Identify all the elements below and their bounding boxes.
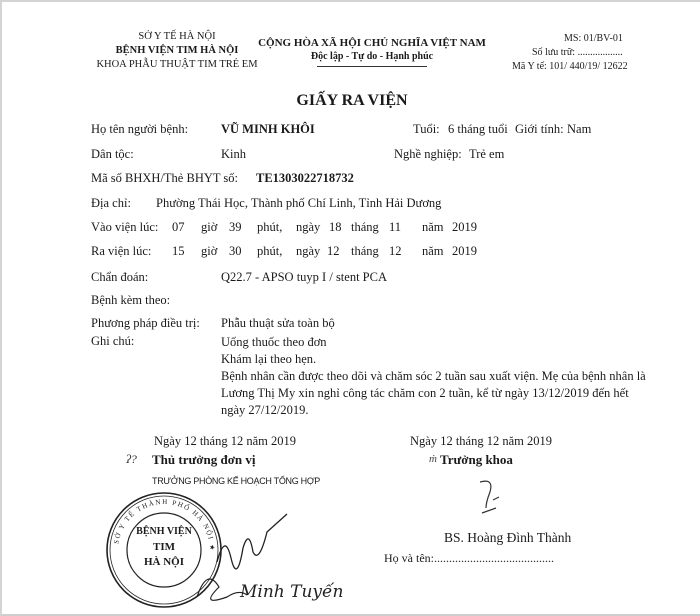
admission-day: 18 bbox=[329, 220, 342, 235]
hospital-name: BỆNH VIỆN TIM HÀ NỘI bbox=[92, 44, 262, 58]
ethnicity-value: Kinh bbox=[221, 147, 246, 162]
discharge-day: 12 bbox=[327, 244, 340, 259]
left-signature-title: Thủ trưởng đơn vị bbox=[152, 452, 255, 468]
notes-label: Ghi chú: bbox=[91, 334, 134, 349]
admission-hour-unit: giờ bbox=[201, 220, 217, 235]
handwritten-mark-icon: ṁ bbox=[429, 453, 437, 465]
patient-name-value: VŨ MINH KHÔI bbox=[221, 122, 315, 137]
gender-value: Nam bbox=[567, 122, 591, 137]
country-name: CỘNG HÒA XÃ HỘI CHỦ NGHĨA VIỆT NAM bbox=[257, 36, 487, 50]
discharge-minute-unit: phút, bbox=[257, 244, 282, 259]
discharge-month-label: tháng bbox=[351, 244, 379, 259]
department-name: KHOA PHẪU THUẬT TIM TRẺ EM bbox=[92, 58, 262, 72]
discharge-month: 12 bbox=[389, 244, 402, 259]
admission-month-label: tháng bbox=[351, 220, 379, 235]
stamp-caption: TRƯỞNG PHÒNG KẾ HOẠCH TỔNG HỢP bbox=[152, 476, 320, 486]
diagnosis-label: Chẩn đoán: bbox=[91, 270, 148, 285]
admission-year-label: năm bbox=[422, 220, 444, 235]
discharge-label: Ra viện lúc: bbox=[91, 244, 151, 259]
discharge-year-label: năm bbox=[422, 244, 444, 259]
note-item: Khám lại theo hẹn. bbox=[221, 351, 661, 368]
comorbidity-label: Bệnh kèm theo: bbox=[91, 293, 170, 308]
department-of-health: SỞ Y TẾ HÀ NỘI bbox=[92, 30, 262, 44]
diagnosis-value: Q22.7 - APSO tuyp I / stent PCA bbox=[221, 270, 387, 285]
right-signature-date: Ngày 12 tháng 12 năm 2019 bbox=[410, 434, 552, 449]
form-code: MS: 01/BV-01 bbox=[512, 32, 692, 46]
treatment-value: Phẫu thuật sửa toàn bộ bbox=[221, 316, 335, 331]
right-signer-name: BS. Hoàng Đình Thành bbox=[444, 530, 571, 546]
signature-scribble-icon bbox=[477, 478, 517, 518]
occupation-value: Trẻ em bbox=[469, 147, 504, 162]
insurance-value: TE1303022718732 bbox=[256, 171, 354, 186]
discharge-year: 2019 bbox=[452, 244, 477, 259]
occupation-label: Nghề nghiệp: bbox=[394, 147, 462, 162]
header-left-block: SỞ Y TẾ HÀ NỘI BỆNH VIỆN TIM HÀ NỘI KHOA… bbox=[92, 30, 262, 72]
handwritten-name: Minh Tuyến bbox=[240, 582, 343, 602]
handwritten-mark-icon: ʔ? bbox=[126, 452, 137, 467]
age-label: Tuổi: bbox=[413, 122, 440, 137]
insurance-label: Mã số BHXH/Thẻ BHYT số: bbox=[91, 171, 238, 186]
discharge-day-label: ngày bbox=[296, 244, 320, 259]
motto: Độc lập - Tự do - Hạnh phúc bbox=[257, 50, 487, 64]
medical-code: Mã Y tế: 101/ 440/19/ 12622 bbox=[512, 60, 692, 74]
admission-minute-unit: phút, bbox=[257, 220, 282, 235]
note-item: Bệnh nhân cần được theo dõi và chăm sóc … bbox=[221, 368, 651, 419]
right-signature-title: Trưởng khoa bbox=[440, 452, 513, 468]
patient-name-label: Họ tên người bệnh: bbox=[91, 122, 188, 137]
national-motto-block: CỘNG HÒA XÃ HỘI CHỦ NGHĨA VIỆT NAM Độc l… bbox=[257, 36, 487, 67]
admission-day-label: ngày bbox=[296, 220, 320, 235]
admission-month: 11 bbox=[389, 220, 401, 235]
discharge-paper-page: SỞ Y TẾ HÀ NỘI BỆNH VIỆN TIM HÀ NỘI KHOA… bbox=[0, 0, 700, 616]
admission-minute: 39 bbox=[229, 220, 242, 235]
notes-block: Uống thuốc theo đơn Khám lại theo hẹn. B… bbox=[221, 334, 661, 419]
address-value: Phường Thái Học, Thành phố Chí Linh, Tỉn… bbox=[156, 196, 441, 211]
treatment-label: Phương pháp điều trị: bbox=[91, 316, 200, 331]
admission-label: Vào viện lúc: bbox=[91, 220, 158, 235]
admission-year: 2019 bbox=[452, 220, 477, 235]
admission-hour: 07 bbox=[172, 220, 185, 235]
discharge-hour-unit: giờ bbox=[201, 244, 217, 259]
full-name-field: Họ và tên:..............................… bbox=[384, 551, 554, 566]
header-right-block: MS: 01/BV-01 Số lưu trữ: ...............… bbox=[512, 32, 692, 74]
note-item: Uống thuốc theo đơn bbox=[221, 334, 661, 351]
archive-number: Số lưu trữ: .................. bbox=[512, 46, 692, 60]
discharge-hour: 15 bbox=[172, 244, 185, 259]
document-title: GIẤY RA VIỆN bbox=[2, 92, 700, 110]
ethnicity-label: Dân tộc: bbox=[91, 147, 134, 162]
discharge-minute: 30 bbox=[229, 244, 242, 259]
motto-underline bbox=[317, 66, 427, 67]
gender-label: Giới tính: bbox=[515, 122, 564, 137]
address-label: Địa chỉ: bbox=[91, 196, 131, 211]
age-value: 6 tháng tuổi bbox=[448, 122, 508, 137]
left-signature-date: Ngày 12 tháng 12 năm 2019 bbox=[154, 434, 296, 449]
